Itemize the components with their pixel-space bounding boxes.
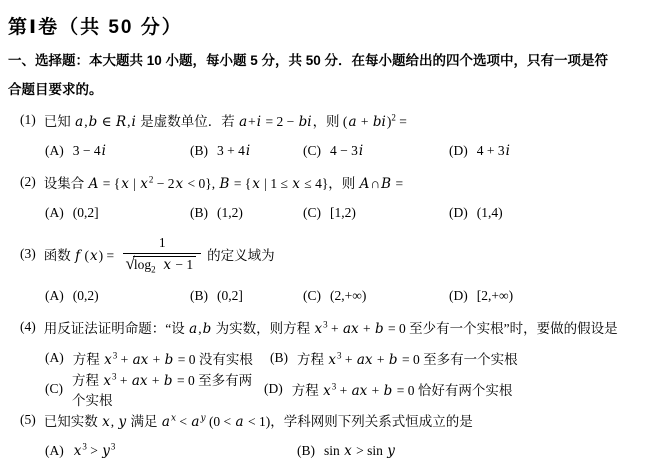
fraction-denominator: √ log2 x − 1: [123, 253, 201, 274]
option-b-label: (B): [270, 350, 288, 366]
question-5-option-b: (B) sin x > sin y: [297, 443, 396, 459]
option-a-label: (A): [45, 205, 64, 221]
option-a-label: (A): [45, 350, 64, 366]
question-2-option-d: (D) (1,4): [449, 205, 503, 221]
question-2-option-c: (C) [1,2): [303, 205, 449, 221]
question-3-option-c: (C) (2,+∞): [303, 288, 449, 304]
option-c-text: (2,+∞): [330, 288, 366, 304]
instruction-text: 一、选择题：本大题共 10 小题，每小题 5 分，共 50 分．在每小题给出的四…: [8, 46, 653, 104]
question-4-option-a: (A) 方程 x3 + ax + b = 0 没有实根: [45, 348, 270, 368]
question-1-option-a: (A) 3 − 4i: [45, 143, 190, 159]
option-b-label: (B): [297, 443, 315, 459]
fraction-numerator: 1: [157, 235, 168, 253]
option-d-text: [2,+∞): [477, 288, 513, 304]
question-4-option-b: (B) 方程 x3 + ax + b = 0 至多有一个实根: [270, 348, 518, 368]
question-2-option-b: (B) (1,2): [190, 205, 303, 221]
question-3-option-a: (A) (0,2): [45, 288, 190, 304]
option-a-label: (A): [45, 443, 64, 459]
question-3-option-d: (D) [2,+∞): [449, 288, 513, 304]
question-4: (4) 用反证法证明命题：“设 a,b 为实数，则方程 x3 + ax + b …: [8, 311, 653, 404]
option-d-label: (D): [449, 205, 468, 221]
option-a-text: 方程 x3 + ax + b = 0 没有实根: [73, 348, 253, 368]
question-4-option-d: (D) 方程 x3 + ax + b = 0 恰好有两个实根: [264, 379, 512, 399]
question-3-number: (3): [20, 246, 36, 262]
instruction-line-1: 一、选择题：本大题共 10 小题，每小题 5 分，共 50 分．在每小题给出的四…: [8, 46, 653, 75]
question-2-stem-text: 设集合 A = {x | x2 − 2x < 0}, B = {x | 1 ≤ …: [44, 172, 403, 192]
option-a-text: 3 − 4i: [73, 143, 107, 159]
option-c-label: (C): [45, 381, 63, 397]
option-c-label: (C): [303, 205, 321, 221]
option-b-text: 方程 x3 + ax + b = 0 至多有一个实根: [297, 348, 518, 368]
option-a-label: (A): [45, 143, 64, 159]
option-c-text: 方程 x3 + ax + b = 0 至多有两个实根: [72, 369, 264, 409]
option-b-text: (1,2): [217, 205, 243, 221]
option-a-text: (0,2]: [73, 205, 99, 221]
option-d-text: (1,4): [477, 205, 503, 221]
radicand-text: log2 x − 1: [133, 256, 196, 274]
question-5: (5) 已知实数 x, y 满足 ax < ay (0 < a < 1)，学科网…: [8, 404, 653, 461]
question-5-stem: (5) 已知实数 x, y 满足 ax < ay (0 < a < 1)，学科网…: [20, 404, 653, 435]
question-3-stem-suffix: 的定义域为: [207, 244, 275, 264]
question-4-stem-text: 用反证法证明命题：“设 a,b 为实数，则方程 x3 + ax + b = 0 …: [44, 317, 618, 337]
option-d-label: (D): [449, 143, 468, 159]
option-b-label: (B): [190, 288, 208, 304]
question-1-option-b: (B) 3 + 4i: [190, 143, 303, 159]
question-1-stem: (1) 已知 a,b ∈ R,i 是虚数单位．若 a+i = 2 − bi，则 …: [20, 104, 653, 135]
exam-page: 第Ⅰ卷（共 50 分） 一、选择题：本大题共 10 小题，每小题 5 分，共 5…: [0, 0, 661, 461]
option-a-label: (A): [45, 288, 64, 304]
option-d-text: 4 + 3i: [477, 143, 511, 159]
option-b-label: (B): [190, 205, 208, 221]
question-5-options: (A) x3 > y3 (B) sin x > sin y: [20, 435, 653, 461]
option-a-text: (0,2): [73, 288, 99, 304]
question-2-options: (A) (0,2] (B) (1,2) (C) [1,2) (D) (1,4): [20, 197, 653, 228]
section-title: 第Ⅰ卷（共 50 分）: [8, 6, 653, 44]
question-2-option-a: (A) (0,2]: [45, 205, 190, 221]
option-b-text: sin x > sin y: [324, 443, 396, 459]
question-2-number: (2): [20, 174, 36, 190]
fraction: 1 √ log2 x − 1: [123, 235, 201, 274]
option-d-label: (D): [264, 381, 283, 397]
question-5-option-a: (A) x3 > y3: [45, 443, 297, 459]
option-d-label: (D): [449, 288, 468, 304]
question-4-stem: (4) 用反证法证明命题：“设 a,b 为实数，则方程 x3 + ax + b …: [20, 311, 653, 342]
question-2-stem: (2) 设集合 A = {x | x2 − 2x < 0}, B = {x | …: [20, 166, 653, 197]
option-b-label: (B): [190, 143, 208, 159]
question-5-stem-text: 已知实数 x, y 满足 ax < ay (0 < a < 1)，学科网则下列关…: [44, 410, 473, 430]
question-4-number: (4): [20, 319, 36, 335]
option-c-label: (C): [303, 288, 321, 304]
option-b-text: (0,2]: [217, 288, 243, 304]
question-1-option-d: (D) 4 + 3i: [449, 143, 511, 159]
question-1-options: (A) 3 − 4i (B) 3 + 4i (C) 4 − 3i (D) 4 +…: [20, 135, 653, 166]
option-d-text: 方程 x3 + ax + b = 0 恰好有两个实根: [292, 379, 513, 399]
question-1-number: (1): [20, 112, 36, 128]
question-3-option-b: (B) (0,2]: [190, 288, 303, 304]
question-3-options: (A) (0,2) (B) (0,2] (C) (2,+∞) (D) [2,+∞…: [20, 280, 653, 311]
option-c-text: [1,2): [330, 205, 356, 221]
option-b-text: 3 + 4i: [217, 143, 251, 159]
question-2: (2) 设集合 A = {x | x2 − 2x < 0}, B = {x | …: [8, 166, 653, 228]
option-c-label: (C): [303, 143, 321, 159]
question-1-stem-text: 已知 a,b ∈ R,i 是虚数单位．若 a+i = 2 − bi，则 (a +…: [44, 110, 407, 130]
instruction-line-2: 合题目要求的。: [8, 75, 653, 104]
question-4-options-row-2: (C) 方程 x3 + ax + b = 0 至多有两个实根 (D) 方程 x3…: [20, 373, 653, 404]
option-a-text: x3 > y3: [73, 443, 116, 459]
question-1: (1) 已知 a,b ∈ R,i 是虚数单位．若 a+i = 2 − bi，则 …: [8, 104, 653, 166]
question-3: (3) 函数 f (x) = 1 √ log2 x − 1 的定义域为 (A) …: [8, 228, 653, 311]
question-3-stem: (3) 函数 f (x) = 1 √ log2 x − 1 的定义域为: [20, 228, 653, 280]
question-1-option-c: (C) 4 − 3i: [303, 143, 449, 159]
question-4-option-c: (C) 方程 x3 + ax + b = 0 至多有两个实根: [45, 369, 264, 409]
option-c-text: 4 − 3i: [330, 143, 364, 159]
radical-sign: √: [125, 255, 134, 272]
question-5-number: (5): [20, 412, 36, 428]
question-3-stem-prefix: 函数 f (x) =: [44, 244, 118, 264]
